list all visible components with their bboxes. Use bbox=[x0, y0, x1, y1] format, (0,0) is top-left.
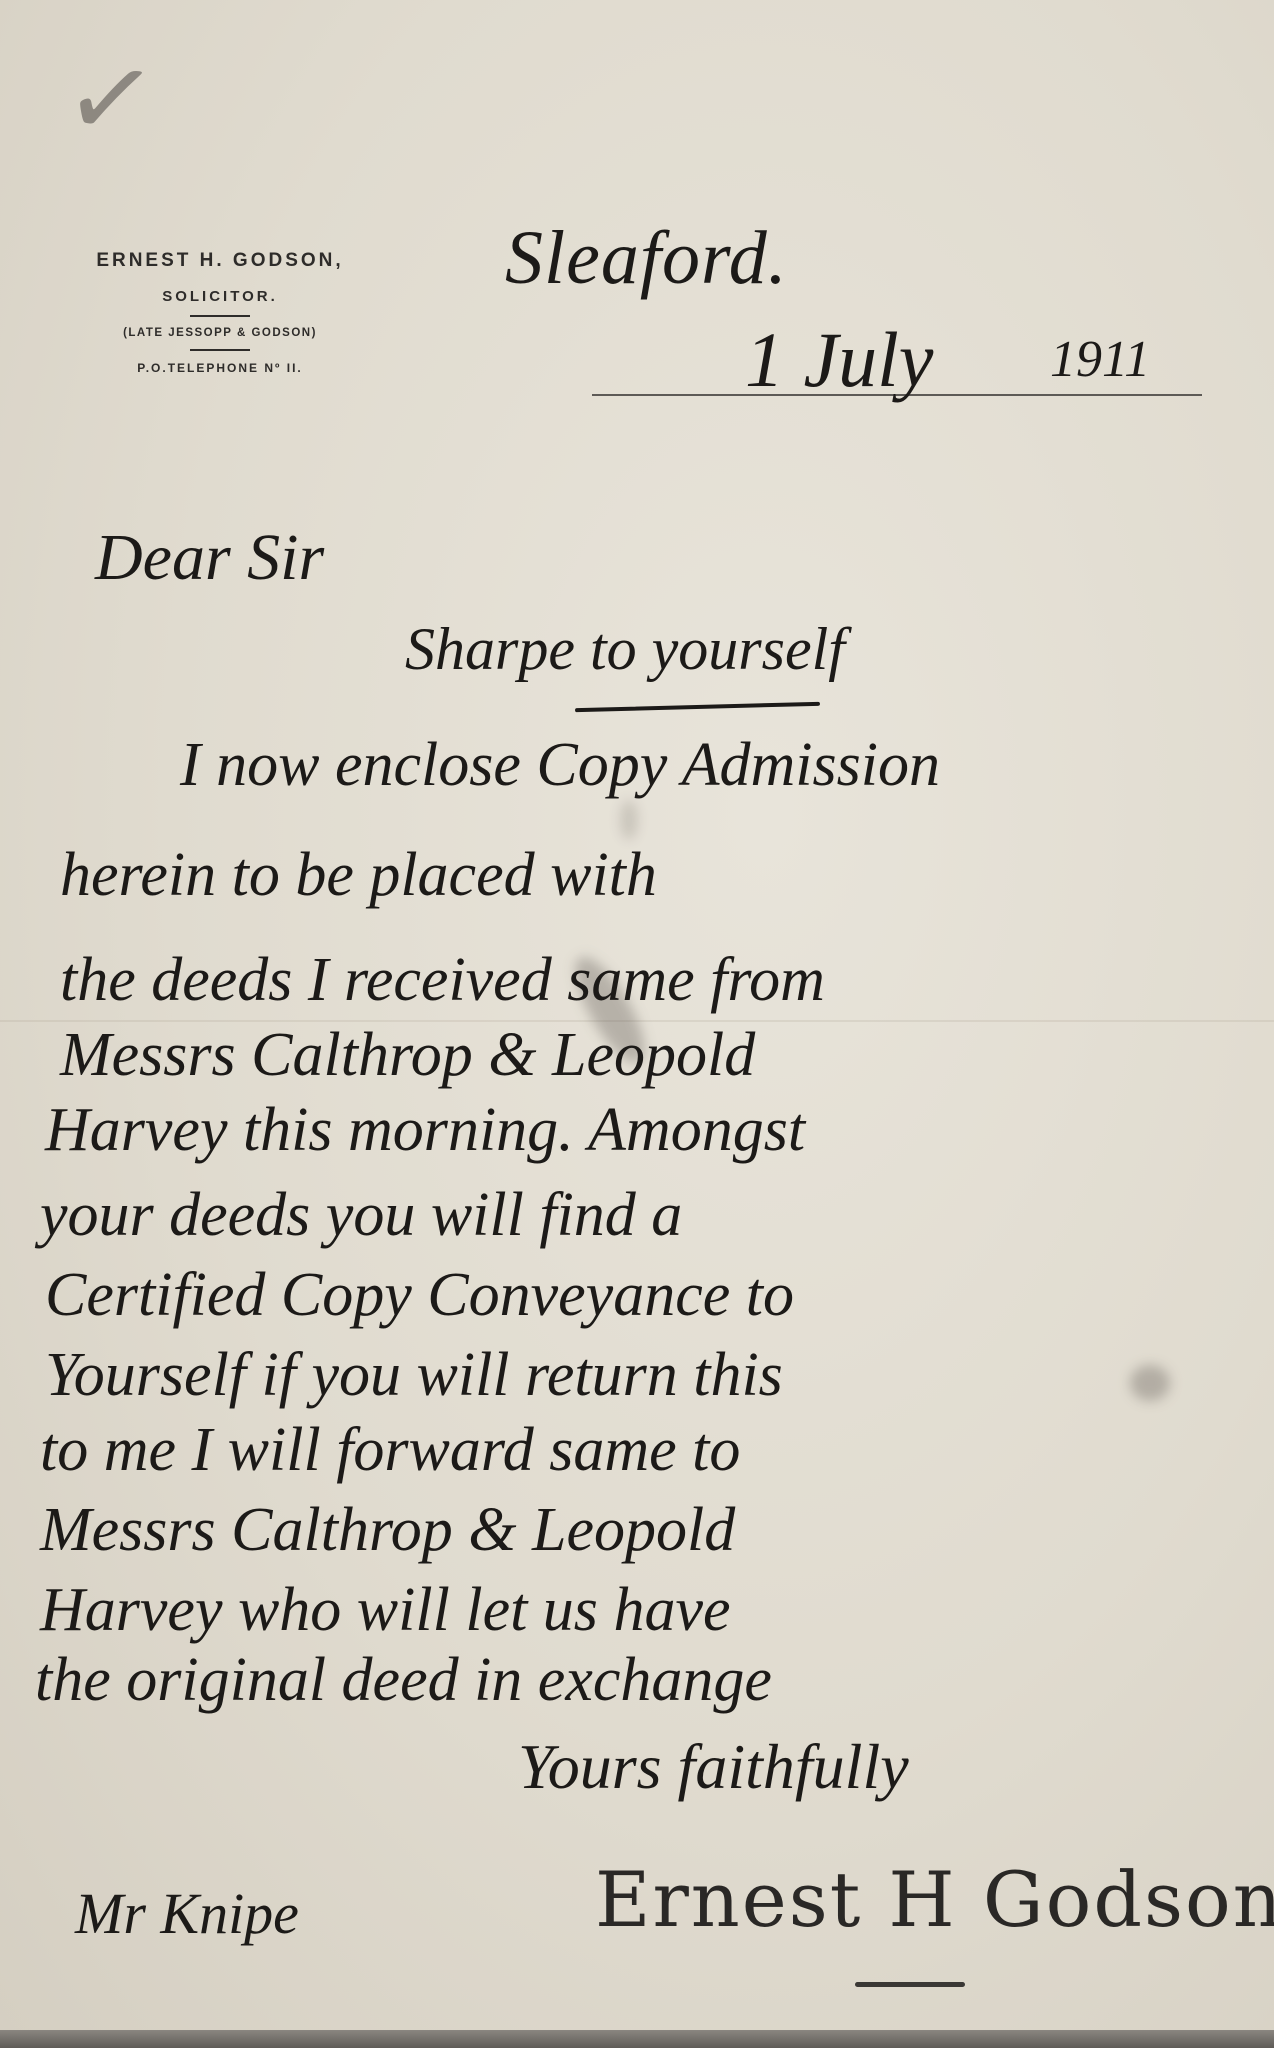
closing: Yours faithfully bbox=[518, 1730, 909, 1804]
body-line: the original deed in exchange bbox=[35, 1645, 772, 1716]
body-line: Messrs Calthrop & Leopold bbox=[60, 1020, 755, 1091]
letterhead-divider bbox=[190, 315, 250, 317]
body-line: Yourself if you will return this bbox=[45, 1340, 783, 1411]
signature-underline bbox=[855, 1982, 965, 1987]
letterhead: ERNEST H. GODSON, SOLICITOR. (LATE JESSO… bbox=[60, 250, 380, 375]
ink-blot bbox=[1130, 1365, 1170, 1401]
letter-place: Sleaford. bbox=[505, 215, 788, 302]
signature: Ernest H Godson bbox=[595, 1855, 1274, 1944]
letterhead-telephone: P.O.TELEPHONE Nº II. bbox=[60, 361, 380, 375]
letterhead-name: ERNEST H. GODSON, bbox=[60, 250, 380, 272]
body-line: Messrs Calthrop & Leopold bbox=[40, 1495, 735, 1566]
ink-smudge bbox=[620, 800, 638, 840]
subject-line: Sharpe to yourself bbox=[405, 615, 845, 684]
scan-bottom-edge bbox=[0, 2030, 1274, 2048]
body-line: your deeds you will find a bbox=[40, 1180, 682, 1251]
body-line: herein to be placed with bbox=[60, 840, 657, 911]
recipient-name: Mr Knipe bbox=[75, 1880, 299, 1947]
body-line: Harvey this morning. Amongst bbox=[45, 1095, 805, 1166]
body-line: Certified Copy Conveyance to bbox=[45, 1260, 794, 1331]
body-line: the deeds I received same from bbox=[60, 945, 825, 1016]
letterhead-former-firm: (LATE JESSOPP & GODSON) bbox=[60, 327, 380, 339]
body-line: I now enclose Copy Admission bbox=[180, 730, 940, 801]
salutation: Dear Sir bbox=[95, 520, 324, 596]
body-line: to me I will forward same to bbox=[40, 1415, 740, 1486]
body-line: Harvey who will let us have bbox=[40, 1575, 730, 1646]
letterhead-title: SOLICITOR. bbox=[60, 288, 380, 305]
letter-year: 1911 bbox=[1050, 330, 1150, 389]
letter-date: 1 July bbox=[745, 315, 933, 405]
letterhead-divider bbox=[190, 349, 250, 351]
